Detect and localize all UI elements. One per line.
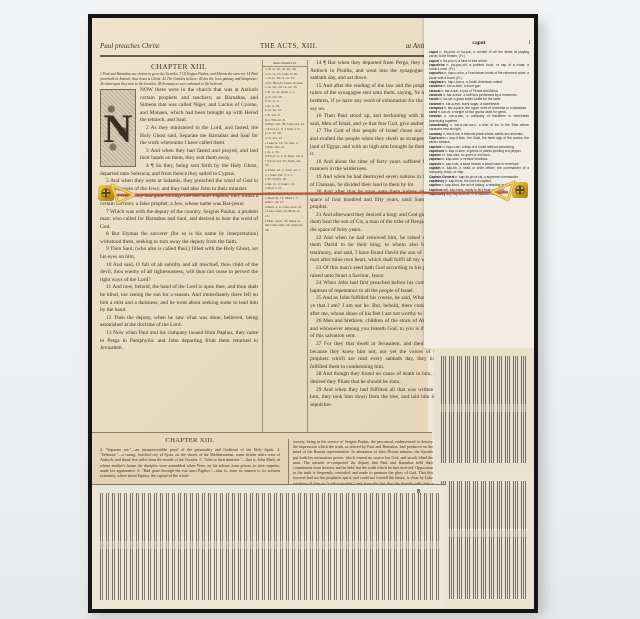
verse: 27 For they that dwell at Jerusalem, and…	[310, 341, 440, 371]
verse: 17 The God of this people of Israel chos…	[310, 128, 440, 158]
newsprint-scrap-right-lower	[434, 473, 534, 609]
header-rule	[100, 55, 428, 57]
running-head-left: Paul preaches Christ	[100, 42, 159, 54]
bible-left-column: CHAPTER XIII. 1 Paul and Barnabas are ch…	[100, 60, 258, 436]
collage-board: Paul preaches Christ THE ACTS, XIII. at …	[92, 18, 534, 609]
dictionary-entry: capuchin n. kap-u-shin, a Franciscan mon…	[429, 71, 529, 80]
newsprint-scrap-bottom: 8	[92, 484, 446, 609]
d-ring-icon	[110, 181, 136, 205]
verse: 22 And when he had removed him, he raise…	[310, 235, 440, 265]
verse: 25 And as John fulfilled his course, he …	[310, 295, 440, 318]
verse: 19 And when he had destroyed seven natio…	[310, 174, 440, 189]
dictionary-entry: Capricorn n. kap-ri-korn, the Goat, the …	[429, 136, 529, 145]
verse: 28 And though they found no cause of dea…	[310, 371, 440, 386]
dictionary-entry: capuriche n. ka-poo-chi, a pointed hood,…	[429, 63, 529, 72]
newsprint-scrap-right-middle	[434, 348, 534, 473]
bible-page: Paul preaches Christ THE ACTS, XIII. at …	[92, 18, 428, 436]
chapter-title: CHAPTER XIII.	[100, 62, 258, 71]
verse: 11 And now, behold, the hand of the Lord…	[100, 284, 258, 314]
verse: 7 Which was with the deputy of the count…	[100, 209, 258, 232]
margin-note: c Matt. iii. 11; Mark i. 7; John i. 20, …	[263, 196, 307, 205]
ornamental-drop-cap: N	[100, 89, 136, 167]
verse: 12 Then the deputy, when he saw what was…	[100, 315, 258, 330]
left-hanger-hook-icon	[98, 181, 142, 205]
verse: 23 Of this man's seed hath God according…	[310, 265, 440, 280]
verse: 15 And after the reading of the law and …	[310, 83, 440, 113]
dictionary-entry: captain n. kap-tin, a head or chief offi…	[429, 166, 529, 175]
rotated-text-columns	[98, 493, 440, 600]
screw-icon	[515, 185, 525, 195]
footnotes-column-1: 2. "Separate me:"—an incontrovertible pr…	[100, 447, 280, 478]
dictionary-entries: caput n. ka-poot or ka-put, a wrinkle of…	[429, 50, 529, 196]
dictionary-entry: caravansary n. kar-a-van-sa-ri, a kind o…	[429, 123, 529, 132]
d-ring-icon	[490, 178, 516, 202]
rotated-text-columns	[440, 356, 528, 463]
verse: 14 ¶ But when they departed from Perga, …	[310, 60, 440, 83]
margin-note: f Matt. xxvii. 59; Mark xv. 46; Luke xxi…	[263, 219, 307, 233]
bible-right-column: 14 ¶ But when they departed from Perga, …	[310, 60, 440, 436]
verse: 29 And when they had fulfilled all that …	[310, 387, 440, 410]
right-hanger-hook-icon	[484, 178, 528, 202]
chapter-summary: 1 Paul and Barnabas are chosen to go to …	[100, 72, 258, 87]
margin-note: w Deut. vii. 1; Josh. xiv. 1.	[263, 168, 307, 173]
margin-note: e Luke xxiii. 23; Mark xv. 13.	[263, 209, 307, 218]
verse: 24 When John had first preached before h…	[310, 280, 440, 295]
margin-heading: Anno Domini 45.	[263, 60, 307, 67]
dictionary-entry: caravan n. kar-a-van, a company of trave…	[429, 114, 529, 123]
verse: 16 Then Paul stood up, and beckoning wit…	[310, 113, 440, 128]
dictionary-page-number: 1	[528, 40, 531, 46]
verse: 26 Men and brethren, children of the sto…	[310, 318, 440, 341]
footnotes-chapter-title: CHAPTER XIII.	[100, 437, 280, 444]
dictionary-entry: caput n. ka-poot or ka-put, a wrinkle of…	[429, 50, 529, 59]
verse: 10 And said, O full of all subtilty and …	[100, 262, 258, 285]
rotated-text-columns	[440, 481, 528, 599]
verse: 13 Now when Paul and his company loosed …	[100, 330, 258, 353]
verse: 9 Then Saul, (who also is called Paul,) …	[100, 246, 258, 261]
cross-reference-margin: Anno Domini 45. a ch. xi. 22; ch. xiv. 2…	[262, 60, 308, 436]
rotated-page-number: 8	[417, 489, 420, 495]
verse: 21 And afterward they desired a king: an…	[310, 212, 440, 235]
dictionary-headword: caput	[424, 40, 534, 46]
running-head: Paul preaches Christ THE ACTS, XIII. at …	[100, 42, 428, 54]
running-head-center: THE ACTS, XIII.	[260, 42, 318, 50]
margin-note: v Exod. xvi. 35; Num. xiv. 33.	[263, 159, 307, 168]
verse: 8 But Elymas the sorcerer (for so is his…	[100, 231, 258, 246]
picture-frame: Paul preaches Christ THE ACTS, XIII. at …	[88, 14, 538, 613]
verse: 18 And about the time of forty years suf…	[310, 159, 440, 174]
